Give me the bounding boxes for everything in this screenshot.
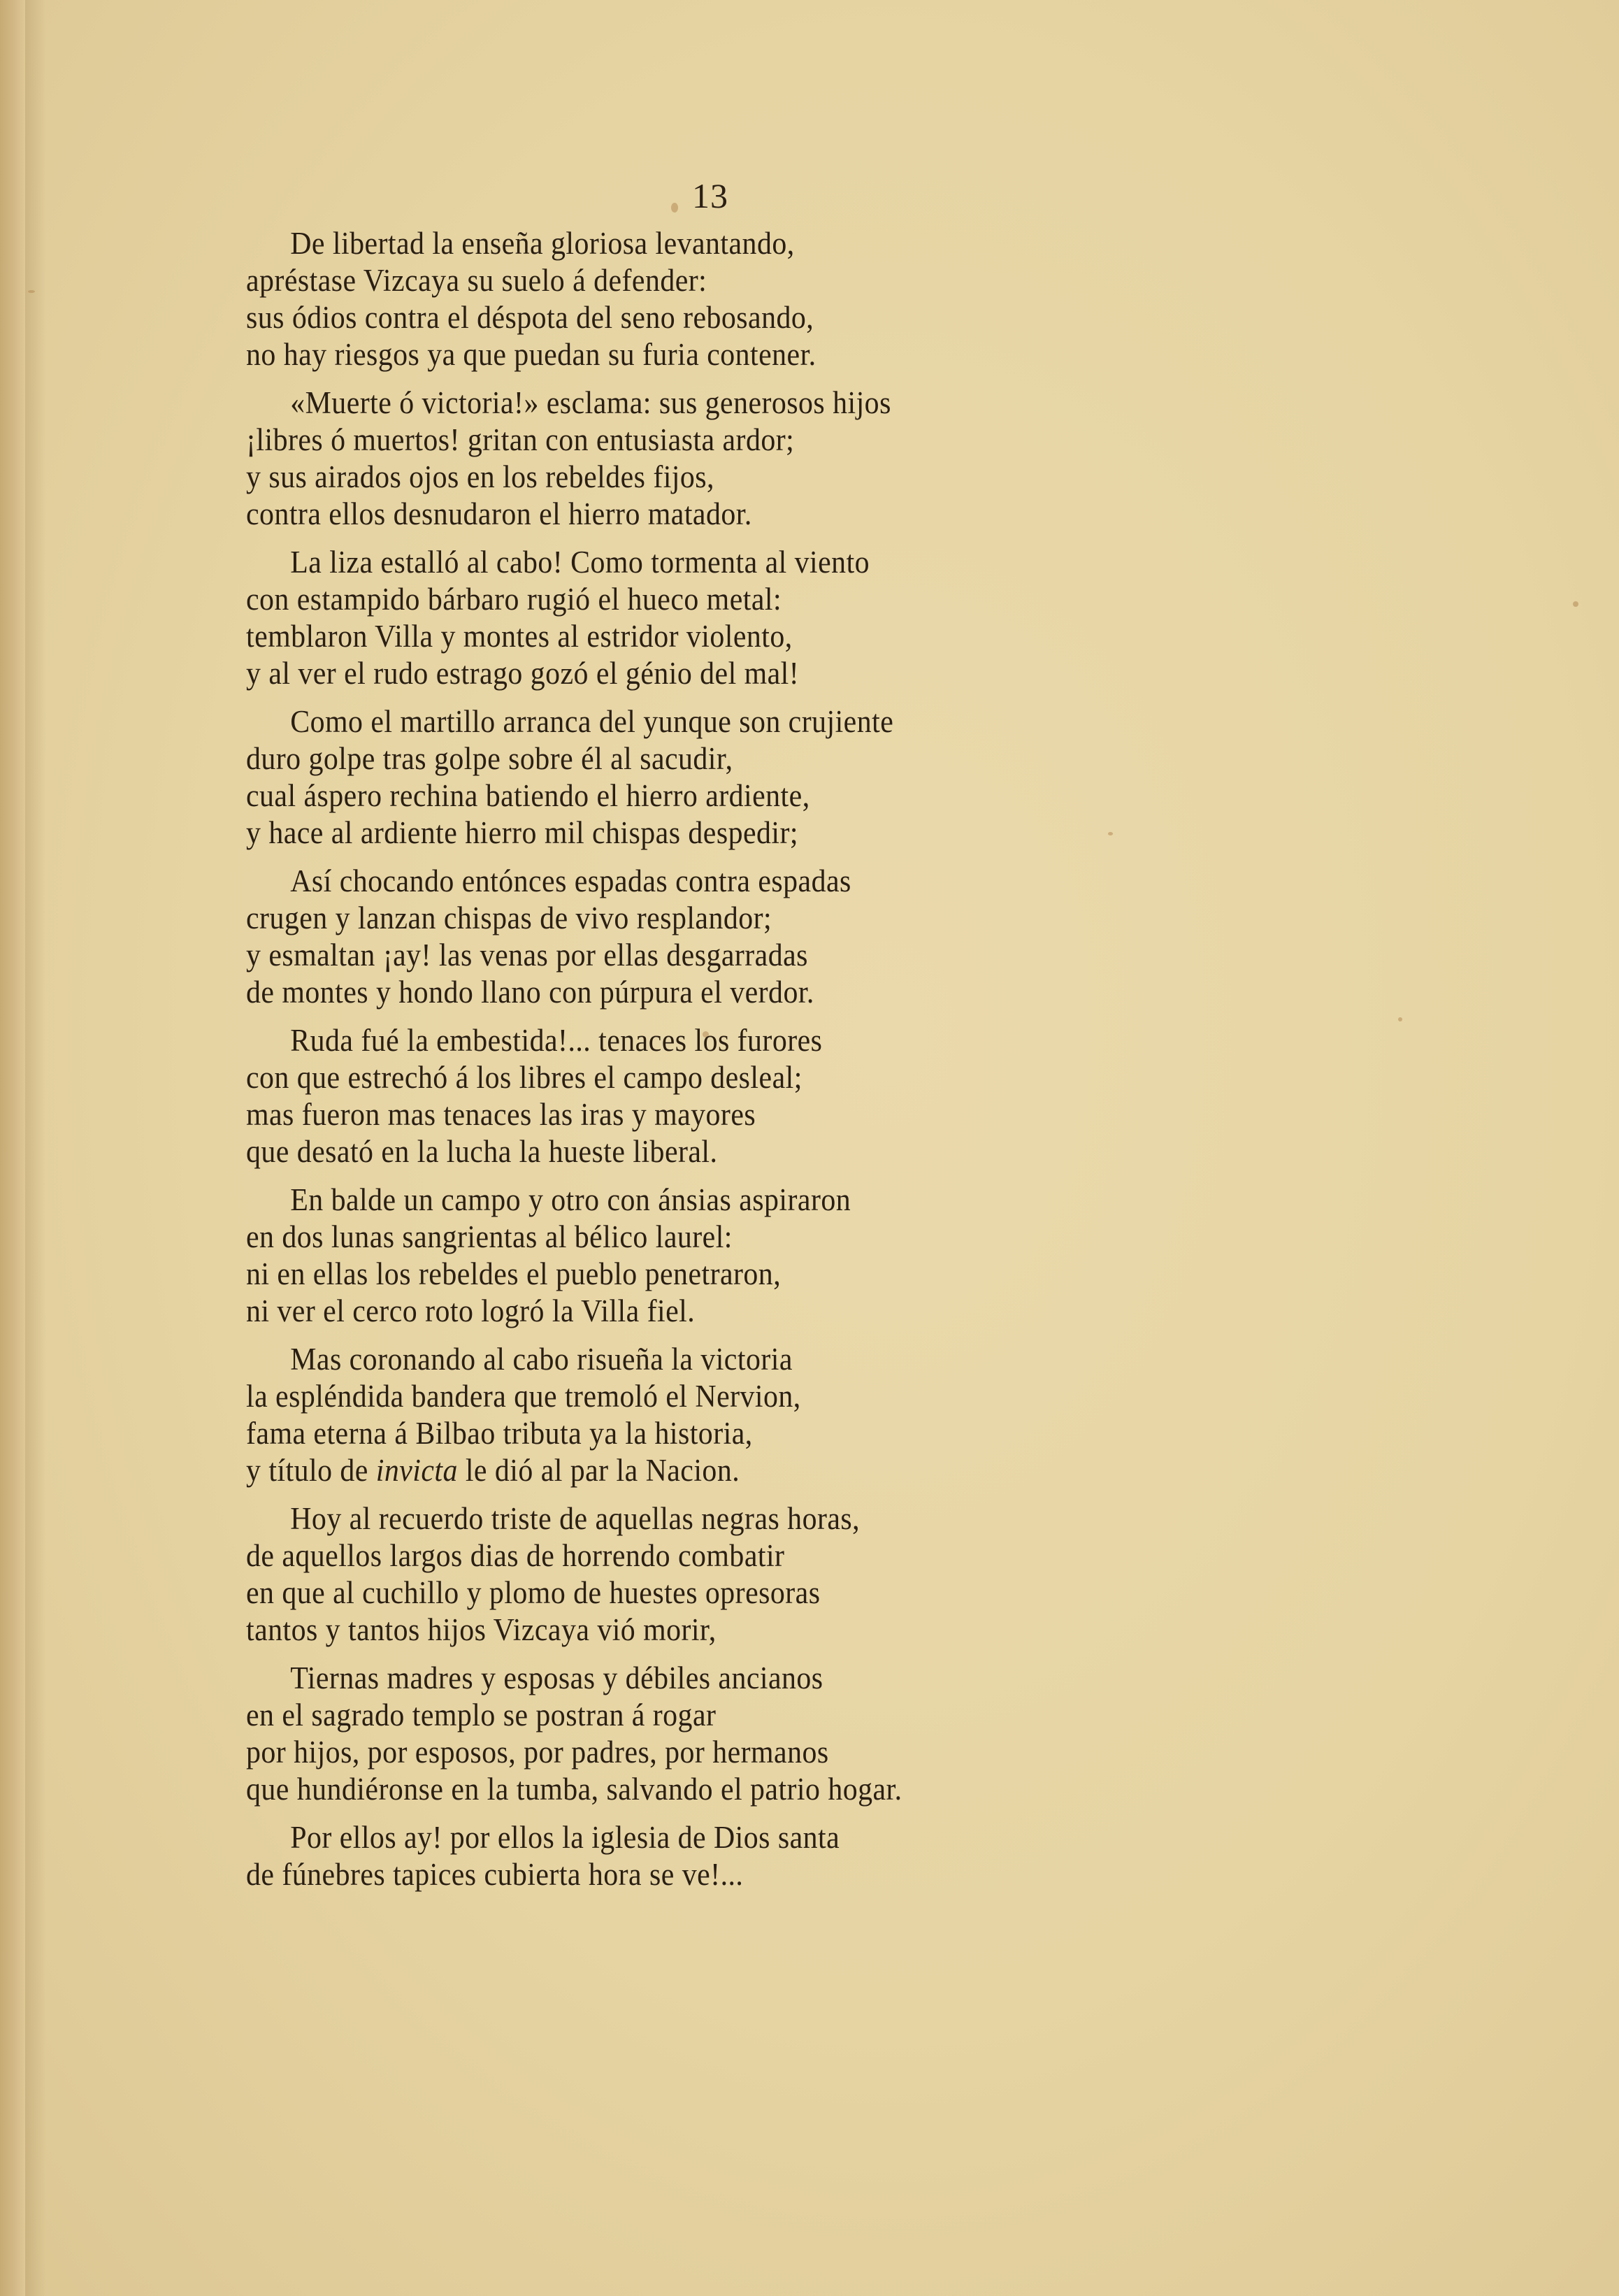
verse-line: De libertad la enseña gloriosa levantand… (246, 225, 1156, 262)
verse-line: La liza estalló al cabo! Como tormenta a… (246, 544, 1156, 581)
verse-line: duro golpe tras golpe sobre él al sacudi… (246, 740, 1156, 777)
verse-line: Tiernas madres y esposas y débiles ancia… (246, 1660, 1156, 1697)
verse-line: que hundiéronse en la tumba, salvando el… (246, 1771, 1156, 1808)
verse-line: contra ellos desnudaron el hierro matado… (246, 496, 1156, 533)
poem-body: De libertad la enseña gloriosa levantand… (246, 225, 1225, 1904)
paper-speck (28, 290, 35, 293)
book-page: 13 De libertad la enseña gloriosa levant… (0, 0, 1619, 2296)
verse-line: la espléndida bandera que tremoló el Ner… (246, 1378, 1156, 1415)
verse-line: con estampido bárbaro rugió el hueco met… (246, 581, 1156, 618)
verse-line: ni ver el cerco roto logró la Villa fiel… (246, 1293, 1156, 1330)
verse-line: de fúnebres tapices cubierta hora se ve!… (246, 1856, 1156, 1893)
verse-line: y al ver el rudo estrago gozó el génio d… (246, 655, 1156, 692)
verse-line: sus ódios contra el déspota del seno reb… (246, 299, 1156, 336)
verse-line: tantos y tantos hijos Vizcaya vió morir, (246, 1612, 1156, 1649)
verse-line: apréstase Vizcaya su suelo á defender: (246, 262, 1156, 299)
verse-line: que desató en la lucha la hueste liberal… (246, 1133, 1156, 1170)
verse-line: En balde un campo y otro con ánsias aspi… (246, 1182, 1156, 1219)
verse-line: ¡libres ó muertos! gritan con entusiasta… (246, 422, 1156, 459)
stanza-8: Mas coronando al cabo risueña la victori… (246, 1341, 1225, 1489)
verse-text: le dió al par la Nacion. (458, 1453, 740, 1488)
verse-line: Por ellos ay! por ellos la iglesia de Di… (246, 1819, 1156, 1856)
verse-line: y sus airados ojos en los rebeldes fijos… (246, 459, 1156, 496)
verse-line: Mas coronando al cabo risueña la victori… (246, 1341, 1156, 1378)
verse-line: no hay riesgos ya que puedan su furia co… (246, 336, 1156, 373)
verse-line-with-italic: y título de invicta le dió al par la Nac… (246, 1452, 1156, 1489)
verse-line: Hoy al recuerdo triste de aquellas negra… (246, 1500, 1156, 1537)
binding-shadow (25, 0, 46, 2296)
verse-line: en dos lunas sangrientas al bélico laure… (246, 1219, 1156, 1256)
verse-line: cual áspero rechina batiendo el hierro a… (246, 777, 1156, 815)
stanza-3: La liza estalló al cabo! Como tormenta a… (246, 544, 1225, 692)
paper-speck (1398, 1017, 1402, 1021)
stanza-4: Como el martillo arranca del yunque son … (246, 703, 1225, 852)
page-number: 13 (692, 175, 728, 217)
verse-line: mas fueron mas tenaces las iras y mayore… (246, 1096, 1156, 1133)
verse-line: «Muerte ó victoria!» esclama: sus genero… (246, 385, 1156, 422)
verse-line: fama eterna á Bilbao tributa ya la histo… (246, 1415, 1156, 1452)
paper-speck (1573, 601, 1578, 607)
stanza-5: Así chocando entónces espadas contra esp… (246, 863, 1225, 1011)
italic-word-invicta: invicta (376, 1453, 458, 1488)
stanza-9: Hoy al recuerdo triste de aquellas negra… (246, 1500, 1225, 1649)
verse-line: de aquellos largos dias de horrendo comb… (246, 1537, 1156, 1574)
verse-line: crugen y lanzan chispas de vivo respland… (246, 900, 1156, 937)
verse-line: en que al cuchillo y plomo de huestes op… (246, 1574, 1156, 1612)
verse-line: de montes y hondo llano con púrpura el v… (246, 974, 1156, 1011)
stanza-2: «Muerte ó victoria!» esclama: sus genero… (246, 385, 1225, 533)
verse-line: ni en ellas los rebeldes el pueblo penet… (246, 1256, 1156, 1293)
stanza-11: Por ellos ay! por ellos la iglesia de Di… (246, 1819, 1225, 1893)
verse-line: Ruda fué la embestida!... tenaces los fu… (246, 1022, 1156, 1059)
stanza-1: De libertad la enseña gloriosa levantand… (246, 225, 1225, 373)
verse-line: y hace al ardiente hierro mil chispas de… (246, 815, 1156, 852)
verse-line: Como el martillo arranca del yunque son … (246, 703, 1156, 740)
verse-text: y título de (246, 1453, 376, 1488)
verse-line: temblaron Villa y montes al estridor vio… (246, 618, 1156, 655)
verse-line: Así chocando entónces espadas contra esp… (246, 863, 1156, 900)
verse-line: en el sagrado templo se postran á rogar (246, 1697, 1156, 1734)
verse-line: y esmaltan ¡ay! las venas por ellas desg… (246, 937, 1156, 974)
stanza-7: En balde un campo y otro con ánsias aspi… (246, 1182, 1225, 1330)
stanza-6: Ruda fué la embestida!... tenaces los fu… (246, 1022, 1225, 1170)
verse-line: por hijos, por esposos, por padres, por … (246, 1734, 1156, 1771)
paper-speck (671, 203, 678, 213)
page-binding-edge (0, 0, 25, 2296)
verse-line: con que estrechó á los libres el campo d… (246, 1059, 1156, 1096)
stanza-10: Tiernas madres y esposas y débiles ancia… (246, 1660, 1225, 1808)
